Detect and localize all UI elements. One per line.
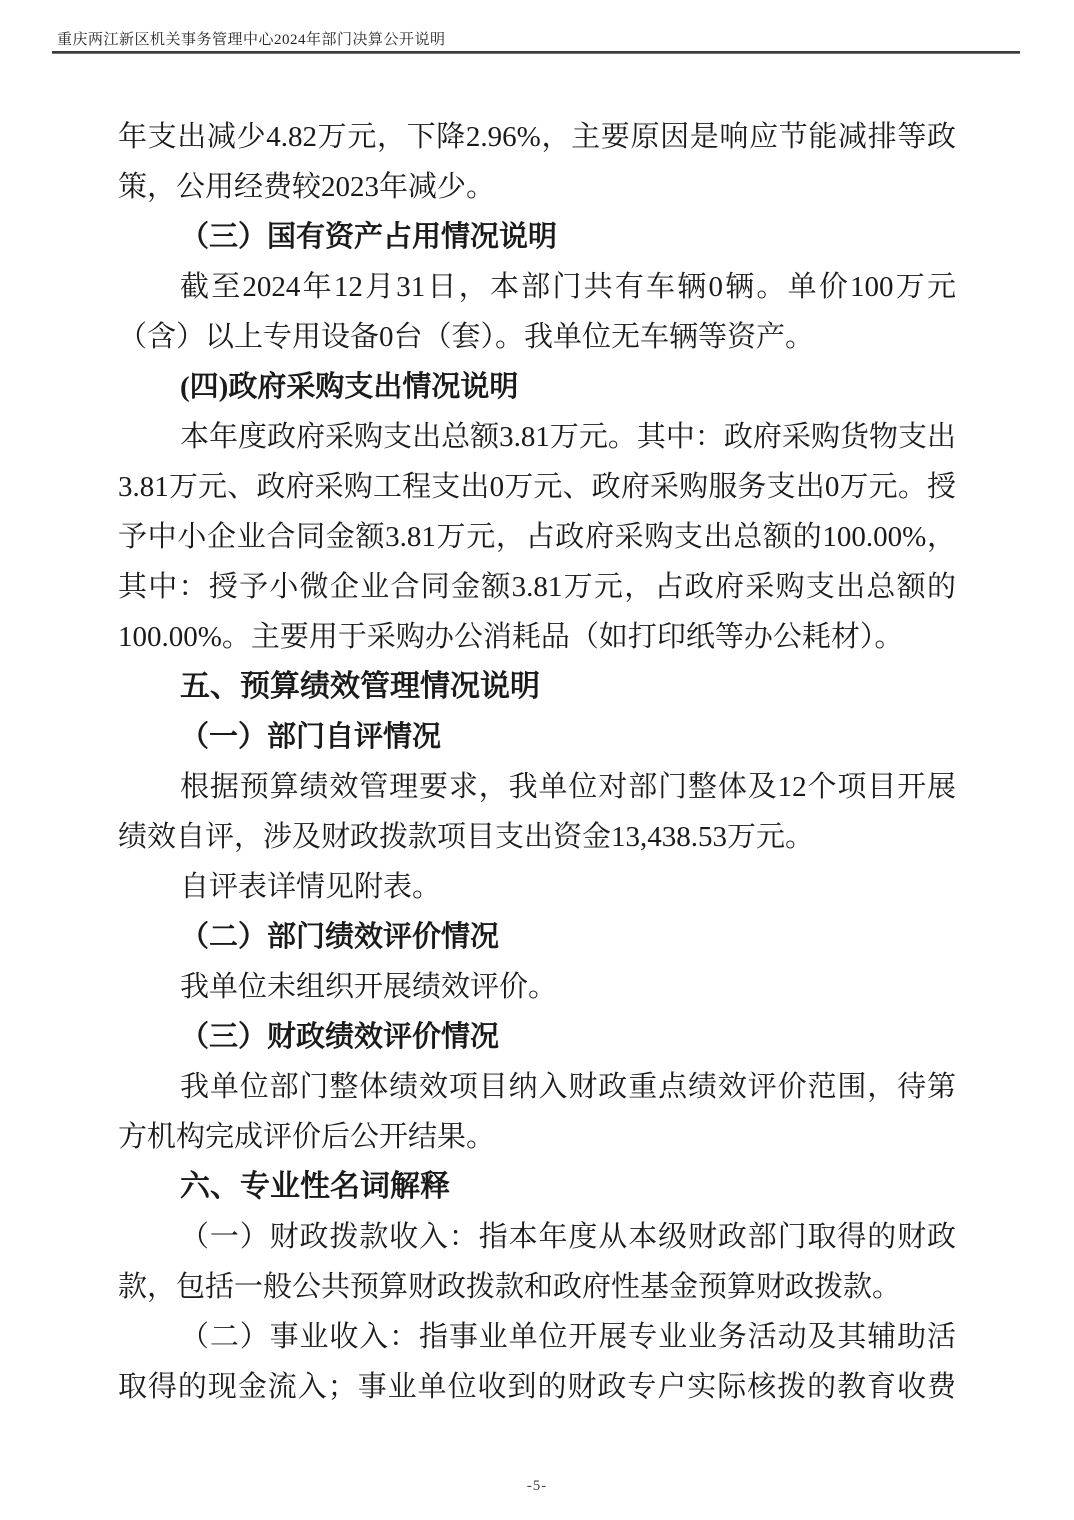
doc-line: 策，公用经费较2023年减少。 bbox=[118, 162, 956, 212]
doc-line: 予中小企业合同金额3.81万元，占政府采购支出总额的100.00%， bbox=[118, 512, 956, 562]
subsection-heading: （三）财政绩效评价情况 bbox=[118, 1012, 956, 1062]
doc-line: 取得的现金流入；事业单位收到的财政专户实际核拨的教育收费等 bbox=[118, 1362, 956, 1412]
doc-line: 方机构完成评价后公开结果。 bbox=[118, 1112, 956, 1162]
doc-line: 绩效自评，涉及财政拨款项目支出资金13,438.53万元。 bbox=[118, 812, 956, 862]
doc-line: （二）事业收入：指事业单位开展专业业务活动及其辅助活动 bbox=[118, 1312, 956, 1362]
page-number: -5- bbox=[527, 1478, 548, 1494]
document-page: 重庆两江新区机关事务管理中心2024年部门决算公开说明 年支出减少4.82万元，… bbox=[0, 0, 1074, 1520]
subsection-heading: （一）部门自评情况 bbox=[118, 712, 956, 762]
section-heading: 六、专业性名词解释 bbox=[118, 1162, 956, 1212]
doc-line: 款，包括一般公共预算财政拨款和政府性基金预算财政拨款。 bbox=[118, 1262, 956, 1312]
doc-line: 3.81万元、政府采购工程支出0万元、政府采购服务支出0万元。授 bbox=[118, 462, 956, 512]
doc-line: （一）财政拨款收入：指本年度从本级财政部门取得的财政拨 bbox=[118, 1212, 956, 1262]
header-rule bbox=[52, 51, 1020, 54]
doc-line: 自评表详情见附表。 bbox=[118, 862, 956, 912]
subsection-heading: （二）部门绩效评价情况 bbox=[118, 912, 956, 962]
subsection-heading: (四)政府采购支出情况说明 bbox=[118, 362, 956, 412]
doc-line: 截至2024年12月31日，本部门共有车辆0辆。单价100万元 bbox=[118, 262, 956, 312]
doc-line: 本年度政府采购支出总额3.81万元。其中：政府采购货物支出 bbox=[118, 412, 956, 462]
doc-line: 其中：授予小微企业合同金额3.81万元，占政府采购支出总额的 bbox=[118, 562, 956, 612]
document-body: 年支出减少4.82万元，下降2.96%，主要原因是响应节能减排等政 策，公用经费… bbox=[118, 112, 956, 1412]
page-footer: -5- bbox=[0, 1478, 1074, 1495]
doc-line: （含）以上专用设备0台（套）。我单位无车辆等资产。 bbox=[118, 312, 956, 362]
page-header-title: 重庆两江新区机关事务管理中心2024年部门决算公开说明 bbox=[57, 28, 446, 49]
doc-line: 我单位部门整体绩效项目纳入财政重点绩效评价范围，待第三 bbox=[118, 1062, 956, 1112]
doc-line: 我单位未组织开展绩效评价。 bbox=[118, 962, 956, 1012]
doc-line: 100.00%。主要用于采购办公消耗品（如打印纸等办公耗材）。 bbox=[118, 612, 956, 662]
doc-line: 根据预算绩效管理要求，我单位对部门整体及12个项目开展了 bbox=[118, 762, 956, 812]
subsection-heading: （三）国有资产占用情况说明 bbox=[118, 212, 956, 262]
doc-line: 年支出减少4.82万元，下降2.96%，主要原因是响应节能减排等政 bbox=[118, 112, 956, 162]
section-heading: 五、预算绩效管理情况说明 bbox=[118, 662, 956, 712]
